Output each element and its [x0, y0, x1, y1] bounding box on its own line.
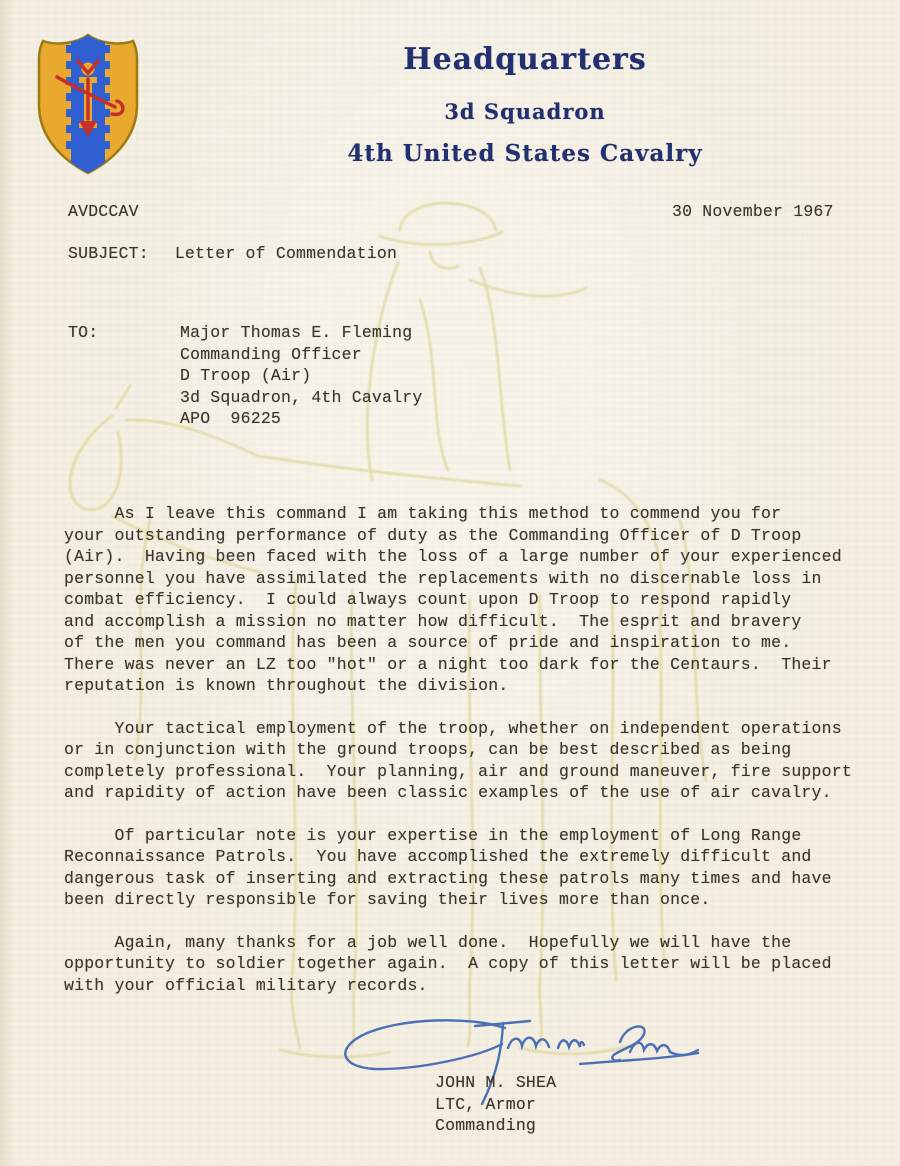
subject-label: SUBJECT:	[68, 244, 149, 263]
subject-line: SUBJECT:Letter of Commendation	[68, 243, 397, 265]
letter-page: Headquarters 3d Squadron 4th United Stat…	[0, 0, 900, 1166]
recipient-address: Major Thomas E. Fleming Commanding Offic…	[180, 322, 422, 430]
letterhead-squadron: 3d Squadron	[160, 99, 890, 124]
subject-text: Letter of Commendation	[175, 244, 397, 263]
to-label: TO:	[68, 322, 98, 344]
signature-block: JOHN M. SHEA LTC, Armor Commanding	[435, 1072, 556, 1137]
letter-body: As I leave this command I am taking this…	[64, 503, 870, 1017]
date: 30 November 1967	[672, 201, 834, 223]
signer-title: Commanding	[435, 1115, 556, 1137]
4th-cavalry-shield-icon	[33, 27, 143, 179]
signer-name: JOHN M. SHEA	[435, 1072, 556, 1094]
paragraph-2: Your tactical employment of the troop, w…	[64, 718, 870, 804]
letterhead: Headquarters 3d Squadron 4th United Stat…	[160, 0, 890, 167]
paragraph-3: Of particular note is your expertise in …	[64, 825, 870, 911]
paragraph-4: Again, many thanks for a job well done. …	[64, 932, 870, 997]
letterhead-headquarters: Headquarters	[160, 42, 890, 77]
letterhead-regiment: 4th United States Cavalry	[160, 140, 890, 167]
signer-rank: LTC, Armor	[435, 1094, 556, 1116]
paragraph-1: As I leave this command I am taking this…	[64, 503, 870, 697]
office-symbol: AVDCCAV	[68, 201, 139, 223]
